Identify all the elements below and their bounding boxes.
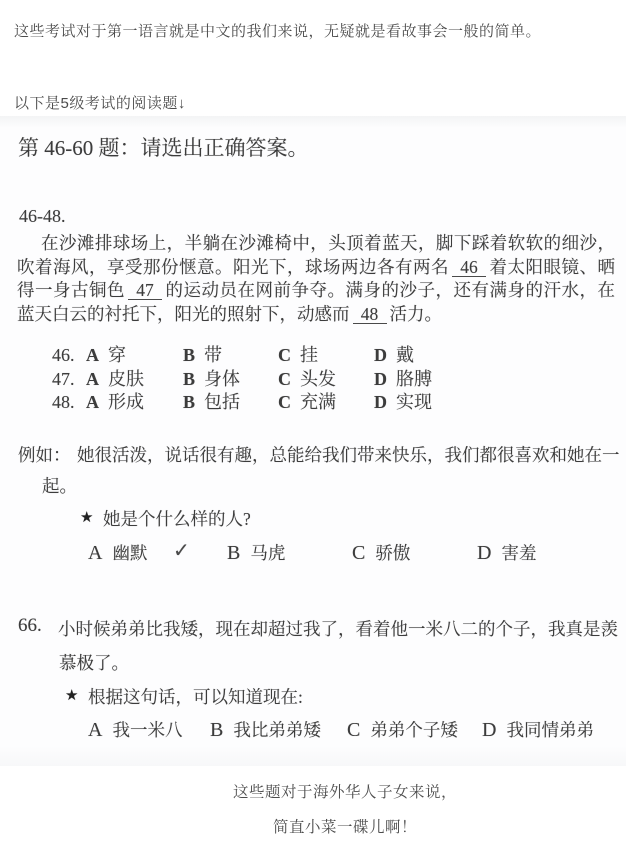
section-label: 46-48. bbox=[19, 206, 66, 227]
example-text-line1: 她很活泼，说话很有趣，总能给我们带来快乐，我们都很喜欢和她在一 bbox=[77, 442, 620, 467]
option-letter: A bbox=[86, 392, 99, 412]
option-letter: A bbox=[88, 542, 102, 564]
option-text: 形成 bbox=[108, 392, 144, 412]
option-d: D胳膊 bbox=[374, 368, 432, 392]
option-text: 马虎 bbox=[250, 543, 285, 563]
option-d: D实现 bbox=[374, 391, 432, 415]
option-a: A皮肤 bbox=[86, 368, 183, 392]
option-d: D害羞 bbox=[477, 540, 536, 565]
q66-prompt: 根据这句话，可以知道现在: bbox=[88, 684, 303, 709]
cloze-passage: 在沙滩排球场上，半躺在沙滩椅中，头顶着蓝天，脚下踩着软软的细沙，吹着海风，享受那… bbox=[17, 232, 615, 326]
question-number: 48. bbox=[52, 391, 86, 415]
cloze-row-48: 48. A形成 B包括 C充满 D实现 bbox=[52, 391, 432, 415]
option-text: 头发 bbox=[300, 369, 336, 389]
option-text: 我一米八 bbox=[112, 720, 182, 740]
option-letter: D bbox=[374, 392, 387, 412]
intro-text: 这些考试对于第一语言就是中文的我们来说，无疑就是看故事会一般的简单。 bbox=[14, 20, 614, 43]
option-text: 胳膊 bbox=[396, 369, 432, 389]
q66-text-line1: 小时候弟弟比我矮，现在却超过我了，看着他一米八二的个子，我真是羡 bbox=[58, 616, 618, 641]
option-letter: D bbox=[477, 542, 491, 564]
option-text: 幽默 bbox=[112, 543, 147, 563]
option-c: C头发 bbox=[278, 368, 374, 392]
example-text-line2: 起。 bbox=[42, 473, 77, 498]
option-text: 包括 bbox=[204, 392, 240, 412]
option-c: C骄傲 bbox=[352, 540, 410, 565]
option-a: A幽默 bbox=[88, 540, 147, 565]
option-b: B我比弟弟矮 bbox=[210, 717, 321, 742]
option-text: 骄傲 bbox=[375, 543, 410, 563]
option-letter: B bbox=[227, 542, 240, 564]
option-a: A穿 bbox=[86, 344, 183, 368]
passage-part4: 活力。 bbox=[390, 304, 443, 324]
example-label: 例如： bbox=[18, 442, 71, 467]
option-text: 我同情弟弟 bbox=[506, 720, 594, 740]
option-letter: D bbox=[374, 345, 387, 365]
option-letter: B bbox=[183, 345, 195, 365]
option-c: C充满 bbox=[278, 391, 374, 415]
option-c: C弟弟个子矮 bbox=[347, 717, 458, 742]
option-letter: C bbox=[278, 345, 291, 365]
outro-text-line1: 这些题对于海外华人子女来说， bbox=[0, 780, 626, 802]
question-number: 66. bbox=[18, 615, 42, 637]
question-number: 47. bbox=[52, 368, 86, 392]
option-letter: B bbox=[183, 369, 195, 389]
option-text: 身体 bbox=[204, 369, 240, 389]
blank-48: 48 bbox=[353, 305, 387, 324]
option-letter: D bbox=[374, 369, 387, 389]
q66-text-line2: 慕极了。 bbox=[59, 650, 129, 675]
option-text: 充满 bbox=[300, 392, 336, 412]
cloze-options-table: 46. A穿 B带 C挂 D戴 47. A皮肤 B身体 C头发 D胳膊 48. … bbox=[52, 344, 432, 415]
option-b: B身体 bbox=[183, 368, 278, 392]
article-page: 这些考试对于第一语言就是中文的我们来说，无疑就是看故事会一般的简单。 以下是5级… bbox=[0, 0, 626, 853]
cloze-row-46: 46. A穿 B带 C挂 D戴 bbox=[52, 344, 432, 368]
blank-47: 47 bbox=[128, 281, 162, 300]
option-letter: C bbox=[278, 392, 291, 412]
option-text: 挂 bbox=[300, 345, 318, 365]
option-letter: A bbox=[86, 345, 99, 365]
option-a: A形成 bbox=[86, 391, 183, 415]
option-text: 带 bbox=[204, 345, 222, 365]
question-number: 46. bbox=[52, 344, 86, 368]
star-icon: ★ bbox=[80, 508, 93, 527]
option-d: D我同情弟弟 bbox=[482, 717, 594, 742]
blank-46: 46 bbox=[452, 258, 486, 277]
option-letter: B bbox=[183, 392, 195, 412]
option-text: 戴 bbox=[396, 345, 414, 365]
subtitle-text: 以下是5级考试的阅读题↓ bbox=[14, 92, 614, 115]
outro-text-line2: 简直小菜一碟儿啊！ bbox=[0, 815, 626, 837]
option-b: B带 bbox=[183, 344, 278, 368]
checkmark-icon: ✓ bbox=[173, 538, 190, 563]
option-text: 实现 bbox=[396, 392, 432, 412]
star-icon: ★ bbox=[65, 686, 78, 705]
option-text: 皮肤 bbox=[108, 369, 144, 389]
option-d: D戴 bbox=[374, 344, 432, 368]
option-letter: A bbox=[88, 719, 102, 741]
option-letter: C bbox=[278, 369, 291, 389]
option-text: 弟弟个子矮 bbox=[370, 720, 458, 740]
option-text: 我比弟弟矮 bbox=[233, 720, 321, 740]
option-b: B包括 bbox=[183, 391, 278, 415]
option-letter: B bbox=[210, 719, 223, 741]
cloze-row-47: 47. A皮肤 B身体 C头发 D胳膊 bbox=[52, 368, 432, 392]
option-c: C挂 bbox=[278, 344, 374, 368]
option-a: A我一米八 bbox=[88, 717, 182, 742]
exam-scan-image: 第 46-60 题：请选出正确答案。 46-48. 在沙滩排球场上，半躺在沙滩椅… bbox=[0, 116, 626, 766]
option-text: 害羞 bbox=[501, 543, 536, 563]
exam-heading: 第 46-60 题：请选出正确答案。 bbox=[18, 132, 309, 162]
option-b: B马虎 bbox=[227, 540, 285, 565]
example-prompt: 她是个什么样的人? bbox=[103, 506, 251, 531]
option-letter: A bbox=[86, 369, 99, 389]
option-letter: C bbox=[352, 542, 365, 564]
option-letter: D bbox=[482, 719, 496, 741]
option-text: 穿 bbox=[108, 345, 126, 365]
option-letter: C bbox=[347, 719, 360, 741]
